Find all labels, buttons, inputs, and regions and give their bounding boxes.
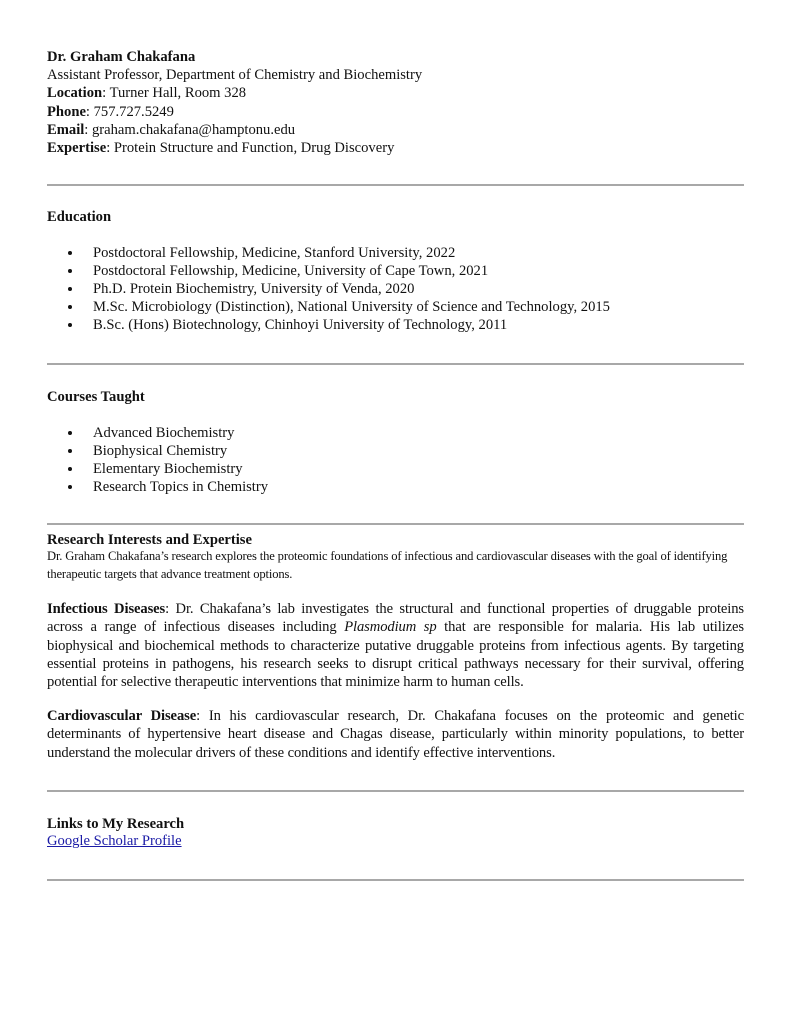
- cardiovascular-paragraph: Cardiovascular Disease: In his cardiovas…: [47, 707, 744, 762]
- bullet-icon: [68, 485, 72, 489]
- expertise-label: Expertise: [47, 140, 106, 156]
- bullet-icon: [68, 431, 72, 435]
- profile-email: Email: graham.chakafana@hamptonu.edu: [47, 121, 422, 139]
- links-heading: Links to My Research: [47, 815, 184, 833]
- course-item: Advanced Biochemistry: [68, 424, 268, 442]
- divider: [47, 363, 744, 365]
- research-intro: Dr. Graham Chakafana’s research explores…: [47, 548, 747, 583]
- links-row: Google Scholar Profile: [47, 832, 182, 850]
- location-label: Location: [47, 85, 102, 101]
- education-item: Postdoctoral Fellowship, Medicine, Stanf…: [68, 244, 610, 262]
- profile-expertise: Expertise: Protein Structure and Functio…: [47, 139, 422, 157]
- education-item: M.Sc. Microbiology (Distinction), Nation…: [68, 298, 610, 316]
- phone-value: : 757.727.5249: [86, 104, 174, 120]
- bullet-icon: [68, 269, 72, 273]
- infectious-diseases-paragraph: Infectious Diseases: Dr. Chakafana’s lab…: [47, 600, 744, 691]
- expertise-value: : Protein Structure and Function, Drug D…: [106, 140, 394, 156]
- divider: [47, 790, 744, 792]
- divider: [47, 184, 744, 186]
- cardio-label: Cardiovascular Disease: [47, 708, 196, 724]
- education-list: Postdoctoral Fellowship, Medicine, Stanf…: [68, 244, 610, 334]
- bullet-icon: [68, 323, 72, 327]
- education-item: B.Sc. (Hons) Biotechnology, Chinhoyi Uni…: [68, 316, 610, 334]
- divider: [47, 523, 744, 525]
- education-heading: Education: [47, 208, 111, 226]
- divider: [47, 879, 744, 881]
- email-value: : graham.chakafana@hamptonu.edu: [84, 122, 295, 138]
- species-name: Plasmodium sp: [344, 619, 436, 635]
- course-item: Biophysical Chemistry: [68, 442, 268, 460]
- courses-heading: Courses Taught: [47, 388, 145, 406]
- google-scholar-link[interactable]: Google Scholar Profile: [47, 833, 182, 849]
- research-heading: Research Interests and Expertise: [47, 531, 252, 549]
- bullet-icon: [68, 449, 72, 453]
- email-label: Email: [47, 122, 84, 138]
- bullet-icon: [68, 467, 72, 471]
- location-value: : Turner Hall, Room 328: [102, 85, 246, 101]
- bullet-icon: [68, 305, 72, 309]
- profile-location: Location: Turner Hall, Room 328: [47, 84, 422, 102]
- bullet-icon: [68, 287, 72, 291]
- course-item: Elementary Biochemistry: [68, 460, 268, 478]
- infectious-label: Infectious Diseases: [47, 601, 165, 617]
- education-item: Postdoctoral Fellowship, Medicine, Unive…: [68, 262, 610, 280]
- profile-title: Assistant Professor, Department of Chemi…: [47, 66, 422, 84]
- profile-phone: Phone: 757.727.5249: [47, 103, 422, 121]
- course-item: Research Topics in Chemistry: [68, 478, 268, 496]
- education-item: Ph.D. Protein Biochemistry, University o…: [68, 280, 610, 298]
- profile-name: Dr. Graham Chakafana: [47, 48, 422, 66]
- bullet-icon: [68, 251, 72, 255]
- phone-label: Phone: [47, 104, 86, 120]
- profile-header: Dr. Graham Chakafana Assistant Professor…: [47, 48, 422, 157]
- courses-list: Advanced Biochemistry Biophysical Chemis…: [68, 424, 268, 496]
